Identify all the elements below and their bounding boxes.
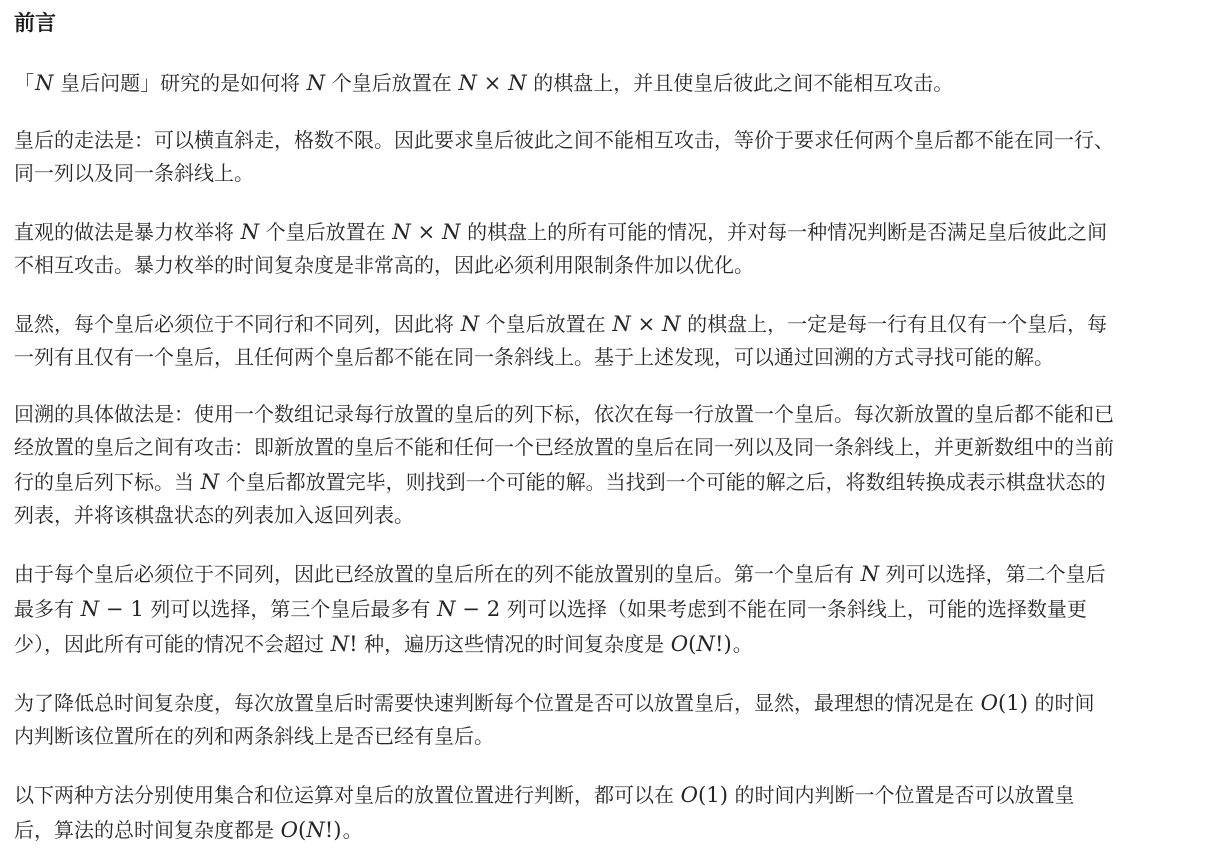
paragraph: 回溯的具体做法是：使用一个数组记录每行放置的皇后的列下标，依次在每一行放置一个皇… [14, 399, 1114, 533]
math-expression: O(N!) [280, 817, 343, 842]
paragraph: 由于每个皇后必须位于不同列，因此已经放置的皇后所在的列不能放置别的皇后。第一个皇… [14, 557, 1114, 662]
math-expression: N × N [457, 70, 527, 95]
math-expression: O(1) [980, 690, 1029, 715]
math-expression: N [34, 70, 55, 95]
math-expression: N [306, 70, 327, 95]
paragraph: 以下两种方法分别使用集合和位运算对皇后的放置位置进行判断，都可以在 O(1) 的… [14, 778, 1114, 848]
math-expression: O(1) [680, 782, 729, 807]
math-expression: N [460, 311, 481, 336]
math-expression: N [200, 469, 221, 494]
page-title: 前言 [14, 12, 1125, 36]
math-expression: N − 2 [436, 596, 501, 621]
paragraph-list: 「N 皇后问题」研究的是如何将 N 个皇后放置在 N × N 的棋盘上，并且使皇… [14, 66, 1114, 848]
paragraph: 皇后的走法是：可以横直斜走，格数不限。因此要求皇后彼此之间不能相互攻击，等价于要… [14, 125, 1114, 191]
math-expression: N [240, 219, 261, 244]
math-expression: N! [330, 631, 359, 656]
math-expression: O(N!) [670, 631, 733, 656]
paragraph: 显然，每个皇后必须位于不同行和不同列，因此将 N 个皇后放置在 N × N 的棋… [14, 307, 1114, 375]
math-expression: N − 1 [80, 596, 145, 621]
math-expression: N × N [611, 311, 681, 336]
math-expression: N [860, 561, 881, 586]
paragraph: 「N 皇后问题」研究的是如何将 N 个皇后放置在 N × N 的棋盘上，并且使皇… [14, 66, 1114, 101]
article: 前言 「N 皇后问题」研究的是如何将 N 个皇后放置在 N × N 的棋盘上，并… [0, 0, 1125, 848]
math-expression: N × N [391, 219, 461, 244]
paragraph: 直观的做法是暴力枚举将 N 个皇后放置在 N × N 的棋盘上的所有可能的情况，… [14, 215, 1114, 283]
paragraph: 为了降低总时间复杂度，每次放置皇后时需要快速判断每个位置是否可以放置皇后，显然，… [14, 686, 1114, 754]
